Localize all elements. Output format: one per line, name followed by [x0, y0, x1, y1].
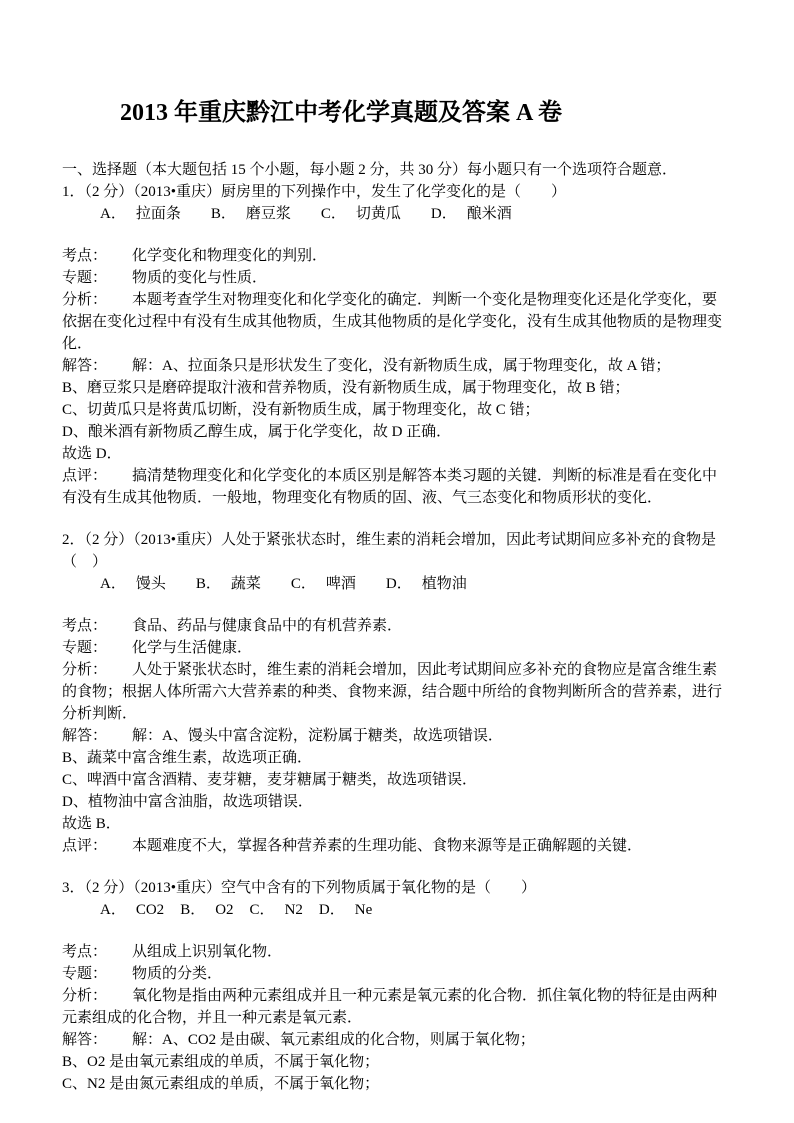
question-3-options: A．CO2 B．O2 C．N2 D．Ne [62, 899, 730, 921]
jieda-label: 解答： [62, 355, 132, 377]
question-1-option-c: C．切黄瓜 [321, 203, 401, 225]
question-2-option-c: C．啤酒 [291, 573, 356, 595]
fenxi-text: 本题考查学生对物理变化和化学变化的确定．判断一个变化是物理变化还是化学变化，要依… [62, 292, 722, 352]
dianping-label: 点评： [62, 835, 132, 857]
option-letter: C． [321, 206, 346, 222]
question-1-option-d: D．酿米酒 [431, 203, 512, 225]
option-text: O2 [215, 902, 233, 918]
zhuanti-text: 物质的分类． [132, 966, 222, 982]
q3-fenxi-row: 分析：氧化物是指由两种元素组成并且一种元素是氧元素的化合物．抓住氧化物的特征是由… [62, 985, 730, 1029]
q2-answer-line-c: C、啤酒中富含酒精、麦芽糖，麦芽糖属于糖类，故选项错误． [62, 769, 730, 791]
section-one-heading: 一、选择题（本大题包括 15 个小题，每小题 2 分，共 30 分）每小题只有一… [62, 159, 730, 181]
fenxi-text: 氧化物是指由两种元素组成并且一种元素是氧元素的化合物．抓住氧化物的特征是由两种元… [62, 988, 717, 1026]
jieda-text: 解：A、拉面条只是形状发生了变化，没有新物质生成，属于物理变化，故 A 错； [132, 358, 670, 374]
question-2: 2．（2 分）（2013•重庆）人处于紧张状态时，维生素的消耗会增加，因此考试期… [62, 529, 730, 857]
document-title: 2013 年重庆黔江中考化学真题及答案 A 卷 [62, 97, 620, 129]
kaodian-label: 考点： [62, 615, 132, 637]
q1-answer-line-d: D、酿米酒有新物质乙醇生成，属于化学变化，故 D 正确． [62, 421, 730, 443]
question-3-option-a: A．CO2 [100, 899, 164, 921]
option-letter: A． [100, 902, 126, 918]
kaodian-text: 从组成上识别氧化物． [132, 944, 282, 960]
option-letter: B． [196, 576, 221, 592]
question-3-analysis: 考点：从组成上识别氧化物． 专题：物质的分类． 分析：氧化物是指由两种元素组成并… [62, 941, 730, 1095]
option-letter: D． [431, 206, 457, 222]
fenxi-text: 人处于紧张状态时，维生素的消耗会增加，因此考试期间应多补充的食物应是富含维生素的… [62, 662, 722, 722]
q3-zhuanti-row: 专题：物质的分类． [62, 963, 730, 985]
fenxi-label: 分析： [62, 289, 132, 311]
option-text: 切黄瓜 [356, 206, 401, 222]
dianping-label: 点评： [62, 465, 132, 487]
q2-zhuanti-row: 专题：化学与生活健康． [62, 637, 730, 659]
option-letter: B． [211, 206, 236, 222]
question-1-analysis: 考点：化学变化和物理变化的判别． 专题：物质的变化与性质． 分析：本题考查学生对… [62, 245, 730, 509]
option-text: 啤酒 [326, 576, 356, 592]
option-text: 拉面条 [136, 206, 181, 222]
q2-jieda-row: 解答：解：A、馒头中富含淀粉，淀粉属于糖类，故选项错误． [62, 725, 730, 747]
option-text: Ne [355, 902, 373, 918]
q2-answer-choice: 故选 B． [62, 813, 730, 835]
question-2-options: A．馒头 B．蔬菜 C．啤酒 D．植物油 [62, 573, 730, 595]
question-1-options: A．拉面条 B．磨豆浆 C．切黄瓜 D．酿米酒 [62, 203, 730, 225]
zhuanti-label: 专题： [62, 963, 132, 985]
jieda-label: 解答： [62, 1029, 132, 1051]
q1-answer-line-c: C、切黄瓜只是将黄瓜切断，没有新物质生成，属于物理变化，故 C 错； [62, 399, 730, 421]
option-letter: B． [180, 902, 205, 918]
question-1: 1．（2 分）（2013•重庆）厨房里的下列操作中，发生了化学变化的是（ ） A… [62, 181, 730, 509]
option-letter: D． [319, 902, 345, 918]
kaodian-label: 考点： [62, 941, 132, 963]
option-text: 馒头 [136, 576, 166, 592]
q2-kaodian-row: 考点：食品、药品与健康食品中的有机营养素． [62, 615, 730, 637]
jieda-label: 解答： [62, 725, 132, 747]
option-letter: A． [100, 206, 126, 222]
q2-fenxi-row: 分析：人处于紧张状态时，维生素的消耗会增加，因此考试期间应多补充的食物应是富含维… [62, 659, 730, 725]
question-1-option-a: A．拉面条 [100, 203, 181, 225]
question-1-stem: 1．（2 分）（2013•重庆）厨房里的下列操作中，发生了化学变化的是（ ） [62, 181, 730, 203]
q2-answer-line-d: D、植物油中富含油脂，故选项错误． [62, 791, 730, 813]
zhuanti-text: 化学与生活健康． [132, 640, 252, 656]
q3-answer-line-c: C、N2 是由氮元素组成的单质，不属于氧化物； [62, 1073, 730, 1095]
exam-document-page: 2013 年重庆黔江中考化学真题及答案 A 卷 一、选择题（本大题包括 15 个… [0, 0, 794, 1123]
option-text: N2 [285, 902, 303, 918]
q1-answer-choice: 故选 D． [62, 443, 730, 465]
question-1-option-b: B．磨豆浆 [211, 203, 291, 225]
fenxi-label: 分析： [62, 985, 132, 1007]
question-2-option-d: D．植物油 [386, 573, 467, 595]
dianping-text: 本题难度不大，掌握各种营养素的生理功能、食物来源等是正确解题的关键． [132, 838, 642, 854]
option-letter: A． [100, 576, 126, 592]
zhuanti-label: 专题： [62, 637, 132, 659]
kaodian-text: 食品、药品与健康食品中的有机营养素． [132, 618, 402, 634]
q1-fenxi-row: 分析：本题考查学生对物理变化和化学变化的确定．判断一个变化是物理变化还是化学变化… [62, 289, 730, 355]
q1-jieda-row: 解答：解：A、拉面条只是形状发生了变化，没有新物质生成，属于物理变化，故 A 错… [62, 355, 730, 377]
q3-kaodian-row: 考点：从组成上识别氧化物． [62, 941, 730, 963]
fenxi-label: 分析： [62, 659, 132, 681]
question-2-analysis: 考点：食品、药品与健康食品中的有机营养素． 专题：化学与生活健康． 分析：人处于… [62, 615, 730, 857]
question-3-option-d: D．Ne [319, 899, 372, 921]
question-3: 3．（2 分）（2013•重庆）空气中含有的下列物质属于氧化物的是（ ） A．C… [62, 877, 730, 1095]
zhuanti-label: 专题： [62, 267, 132, 289]
option-letter: D． [386, 576, 412, 592]
option-text: 植物油 [422, 576, 467, 592]
q1-answer-line-b: B、磨豆浆只是磨碎提取汁液和营养物质，没有新物质生成，属于物理变化，故 B 错； [62, 377, 730, 399]
q3-answer-line-b: B、O2 是由氧元素组成的单质，不属于氧化物； [62, 1051, 730, 1073]
option-text: 磨豆浆 [246, 206, 291, 222]
option-text: CO2 [136, 902, 164, 918]
question-3-option-c: C．N2 [250, 899, 303, 921]
option-text: 蔬菜 [231, 576, 261, 592]
q1-kaodian-row: 考点：化学变化和物理变化的判别． [62, 245, 730, 267]
jieda-text: 解：A、馒头中富含淀粉，淀粉属于糖类，故选项错误． [132, 728, 503, 744]
option-letter: C． [250, 902, 275, 918]
question-3-option-b: B．O2 [180, 899, 233, 921]
kaodian-text: 化学变化和物理变化的判别． [132, 248, 327, 264]
q3-jieda-row: 解答：解：A、CO2 是由碳、氧元素组成的化合物，则属于氧化物； [62, 1029, 730, 1051]
q2-dianping-row: 点评：本题难度不大，掌握各种营养素的生理功能、食物来源等是正确解题的关键． [62, 835, 730, 857]
q2-answer-line-b: B、蔬菜中富含维生素，故选项正确． [62, 747, 730, 769]
jieda-text: 解：A、CO2 是由碳、氧元素组成的化合物，则属于氧化物； [132, 1032, 535, 1048]
q1-dianping-row: 点评：搞清楚物理变化和化学变化的本质区别是解答本类习题的关键．判断的标准是看在变… [62, 465, 730, 509]
question-3-stem: 3．（2 分）（2013•重庆）空气中含有的下列物质属于氧化物的是（ ） [62, 877, 730, 899]
question-2-stem: 2．（2 分）（2013•重庆）人处于紧张状态时，维生素的消耗会增加，因此考试期… [62, 529, 730, 573]
option-letter: C． [291, 576, 316, 592]
option-text: 酿米酒 [467, 206, 512, 222]
q1-zhuanti-row: 专题：物质的变化与性质． [62, 267, 730, 289]
question-2-option-a: A．馒头 [100, 573, 166, 595]
zhuanti-text: 物质的变化与性质． [132, 270, 267, 286]
dianping-text: 搞清楚物理变化和化学变化的本质区别是解答本类习题的关键．判断的标准是看在变化中有… [62, 468, 717, 506]
question-2-option-b: B．蔬菜 [196, 573, 261, 595]
kaodian-label: 考点： [62, 245, 132, 267]
